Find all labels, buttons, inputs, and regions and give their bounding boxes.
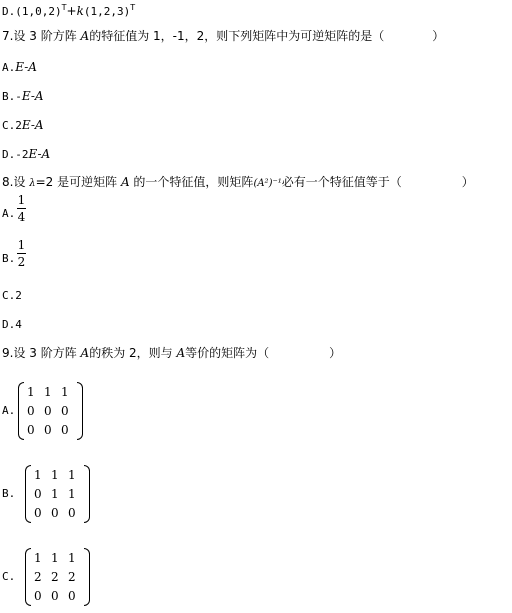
q7-stem-prefix: 7.设 3 阶方阵 <box>2 29 81 43</box>
fraction-one-half: 1 2 <box>17 238 26 269</box>
q8-stem: 8.设 λ=2 是可逆矩阵 A 的一个特征值，则矩阵(A²)⁻¹必有一个特征值等… <box>2 175 474 191</box>
q9-mid: 的秩为 2，则与 <box>89 346 176 360</box>
matrix-option-b: 1 1 1 0 1 1 0 0 0 <box>25 465 90 523</box>
coef: - <box>15 90 22 103</box>
scalar-k: k <box>77 4 84 18</box>
minus-a: -A <box>31 118 44 132</box>
coef: -2 <box>15 148 28 161</box>
cell: 1 <box>49 466 66 485</box>
option-label-b: B. <box>2 252 15 265</box>
q8-stem-prefix: 8.设 <box>2 175 29 189</box>
vector-2: (1,2,3) <box>84 5 130 18</box>
numerator: 1 <box>18 193 26 207</box>
cell: 0 <box>42 402 59 421</box>
option-label-b: B. <box>2 487 15 500</box>
option-label: C. <box>2 289 15 302</box>
q7-option-d: D.-2E-A <box>2 147 50 162</box>
cell: 2 <box>66 568 83 587</box>
q6-option-d: D.(1,0,2)T+k(1,2,3)T <box>2 1 135 19</box>
cell: 1 <box>49 549 66 568</box>
cell: 2 <box>32 568 49 587</box>
vector-1: (1,0,2) <box>15 5 61 18</box>
option-label: C. <box>2 119 15 132</box>
q9-suffix: 等价的矩阵为（ ） <box>185 346 341 360</box>
option-label: D. <box>2 148 15 161</box>
cell: 0 <box>66 504 83 523</box>
matrix-grid: 1 1 1 0 0 0 0 0 0 <box>24 383 77 440</box>
cell: 0 <box>32 587 49 606</box>
inverse-square-expr: (A²)⁻¹ <box>253 178 281 189</box>
cell: 0 <box>42 421 59 440</box>
option-label: D. <box>2 318 15 331</box>
cell: 0 <box>32 485 49 504</box>
cell: 1 <box>32 466 49 485</box>
fraction-bar <box>17 208 26 209</box>
cell: 0 <box>59 421 76 440</box>
right-paren <box>77 382 83 440</box>
numerator: 1 <box>18 238 26 252</box>
option-label-a: A. <box>2 404 15 417</box>
identity-e: E <box>22 89 31 103</box>
option-value: 2 <box>15 289 22 302</box>
matrix-grid: 1 1 1 0 1 1 0 0 0 <box>31 466 84 523</box>
right-paren <box>84 465 90 523</box>
q8-suffix: 必有一个特征值等于（ ） <box>282 175 474 189</box>
q8-option-c: C.2 <box>2 289 22 303</box>
q9-stem: 9.设 3 阶方阵 A的秩为 2，则与 A等价的矩阵为（ ） <box>2 346 341 360</box>
q7-stem-suffix: 的特征值为 1，-1，2，则下列矩阵中为可逆矩阵的是（ ） <box>89 29 444 43</box>
fraction-one-quarter: 1 4 <box>17 193 26 224</box>
transpose-sup: T <box>130 3 135 12</box>
cell: 1 <box>49 485 66 504</box>
cell: 1 <box>66 466 83 485</box>
q7-option-b: B.-E-A <box>2 89 44 104</box>
option-label-a: A. <box>2 207 15 220</box>
cell: 0 <box>59 402 76 421</box>
cell: 1 <box>66 485 83 504</box>
cell: 1 <box>59 383 76 402</box>
q8-option-d: D.4 <box>2 318 22 332</box>
q9-stem-prefix: 9.设 3 阶方阵 <box>2 346 81 360</box>
identity-e: E <box>15 60 24 74</box>
q8-eq: =2 是可逆矩阵 <box>36 175 121 189</box>
q8-mid: 的一个特征值，则矩阵 <box>130 175 254 189</box>
cell: 0 <box>49 587 66 606</box>
fraction-bar <box>17 253 26 254</box>
option-value: 4 <box>15 318 22 331</box>
q7-option-a: A.E-A <box>2 60 37 75</box>
denominator: 4 <box>18 210 26 224</box>
cell: 0 <box>25 402 42 421</box>
option-label: D. <box>2 5 15 18</box>
option-label: B. <box>2 90 15 103</box>
option-label-c: C. <box>2 570 15 583</box>
cell: 1 <box>66 549 83 568</box>
q7-option-c: C.2E-A <box>2 118 44 133</box>
coef: 2 <box>15 119 22 132</box>
matrix-a: A <box>176 346 185 360</box>
cell: 0 <box>25 421 42 440</box>
plus-sign: + <box>67 4 77 18</box>
cell: 1 <box>32 549 49 568</box>
matrix-option-a: 1 1 1 0 0 0 0 0 0 <box>18 382 83 440</box>
cell: 0 <box>49 504 66 523</box>
minus-a: -A <box>24 60 37 74</box>
matrix-a: A <box>81 346 90 360</box>
cell: 2 <box>49 568 66 587</box>
q7-stem: 7.设 3 阶方阵 A的特征值为 1，-1，2，则下列矩阵中为可逆矩阵的是（ ） <box>2 29 444 43</box>
matrix-grid: 1 1 1 2 2 2 0 0 0 <box>31 549 84 606</box>
matrix-a: A <box>81 29 90 43</box>
cell: 0 <box>32 504 49 523</box>
cell: 0 <box>66 587 83 606</box>
matrix-option-c: 1 1 1 2 2 2 0 0 0 <box>25 548 90 606</box>
option-label: A. <box>2 61 15 74</box>
minus-a: -A <box>37 147 50 161</box>
identity-e: E <box>22 118 31 132</box>
minus-a: -A <box>31 89 44 103</box>
right-paren <box>84 548 90 606</box>
denominator: 2 <box>18 255 26 269</box>
cell: 1 <box>25 383 42 402</box>
matrix-a: A <box>121 175 130 189</box>
cell: 1 <box>42 383 59 402</box>
